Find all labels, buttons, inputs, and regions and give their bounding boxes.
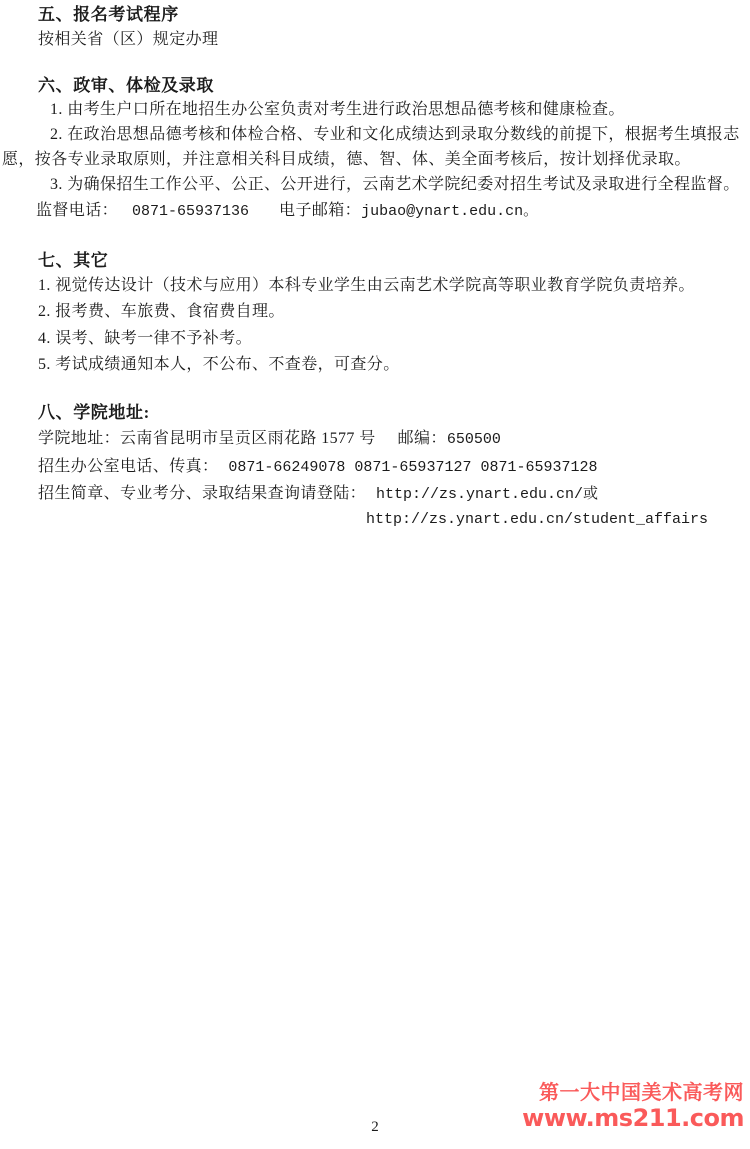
- address-value: 云南省昆明市呈贡区雨花路 1577 号: [120, 430, 376, 447]
- section-6-item-2-line-2: 愿，按各专业录取原则，并注意相关科目成绩，德、智、体、美全面考核后，按计划择优录…: [2, 152, 691, 168]
- postcode-value: 650500: [447, 431, 501, 448]
- section-7-item-5: 5. 考试成绩通知本人，不公布、不查卷，可查分。: [38, 357, 400, 373]
- section-7-item-1: 1. 视觉传达设计（技术与应用）本科专业学生由云南艺术学院高等职业教育学院负责培…: [38, 278, 695, 294]
- watermark: 第一大中国美术高考网 www.ms211.com: [522, 1083, 744, 1130]
- admissions-phones-label: 招生办公室电话、传真：: [38, 458, 218, 475]
- query-url-1: http://zs.ynart.edu.cn/或: [376, 486, 598, 503]
- query-label: 招生简章、专业考分、录取结果查询请登陆：: [38, 485, 366, 502]
- email-address: jubao@ynart.edu.cn。: [361, 203, 538, 220]
- query-line: 招生简章、专业考分、录取结果查询请登陆：http://zs.ynart.edu.…: [38, 486, 598, 502]
- postcode-label: 邮编：: [398, 430, 447, 447]
- query-url-2: http://zs.ynart.edu.cn/student_affairs: [366, 512, 708, 527]
- section-6-heading: 六、政审、体检及录取: [38, 77, 214, 94]
- email-label: 电子邮箱：: [279, 202, 361, 219]
- address-label: 学院地址：: [38, 430, 120, 447]
- supervision-contact-line: 监督电话：0871-65937136电子邮箱：jubao@ynart.edu.c…: [36, 203, 538, 219]
- address-line: 学院地址：云南省昆明市呈贡区雨花路 1577 号邮编：650500: [38, 431, 501, 447]
- section-7-heading: 七、其它: [38, 252, 108, 269]
- section-6-item-3: 3. 为确保招生工作公平、公正、公开进行，云南艺术学院纪委对招生考试及录取进行全…: [50, 177, 740, 193]
- section-6-item-1: 1. 由考生户口所在地招生办公室负责对考生进行政治思想品德考核和健康检查。: [50, 102, 625, 118]
- supervision-phone-label: 监督电话：: [36, 202, 118, 219]
- section-5-body: 按相关省（区）规定办理: [38, 32, 218, 48]
- section-8-heading: 八、学院地址:: [38, 404, 150, 421]
- admissions-phones: 0871-66249078 0871-65937127 0871-6593712…: [228, 459, 597, 476]
- section-6-item-2-line-1: 2. 在政治思想品德考核和体检合格、专业和文化成绩达到录取分数线的前提下，根据考…: [50, 127, 740, 143]
- document-page: 五、报名考试程序 按相关省（区）规定办理 六、政审、体检及录取 1. 由考生户口…: [0, 0, 750, 1149]
- section-5-heading: 五、报名考试程序: [38, 6, 179, 23]
- admissions-phone-line: 招生办公室电话、传真：0871-66249078 0871-65937127 0…: [38, 459, 597, 475]
- watermark-site-url: www.ms211.com: [522, 1106, 744, 1130]
- section-7-item-4: 4. 误考、缺考一律不予补考。: [38, 331, 252, 347]
- supervision-phone: 0871-65937136: [132, 203, 249, 220]
- watermark-site-name: 第一大中国美术高考网: [522, 1083, 744, 1103]
- section-7-item-2: 2. 报考费、车旅费、食宿费自理。: [38, 304, 285, 320]
